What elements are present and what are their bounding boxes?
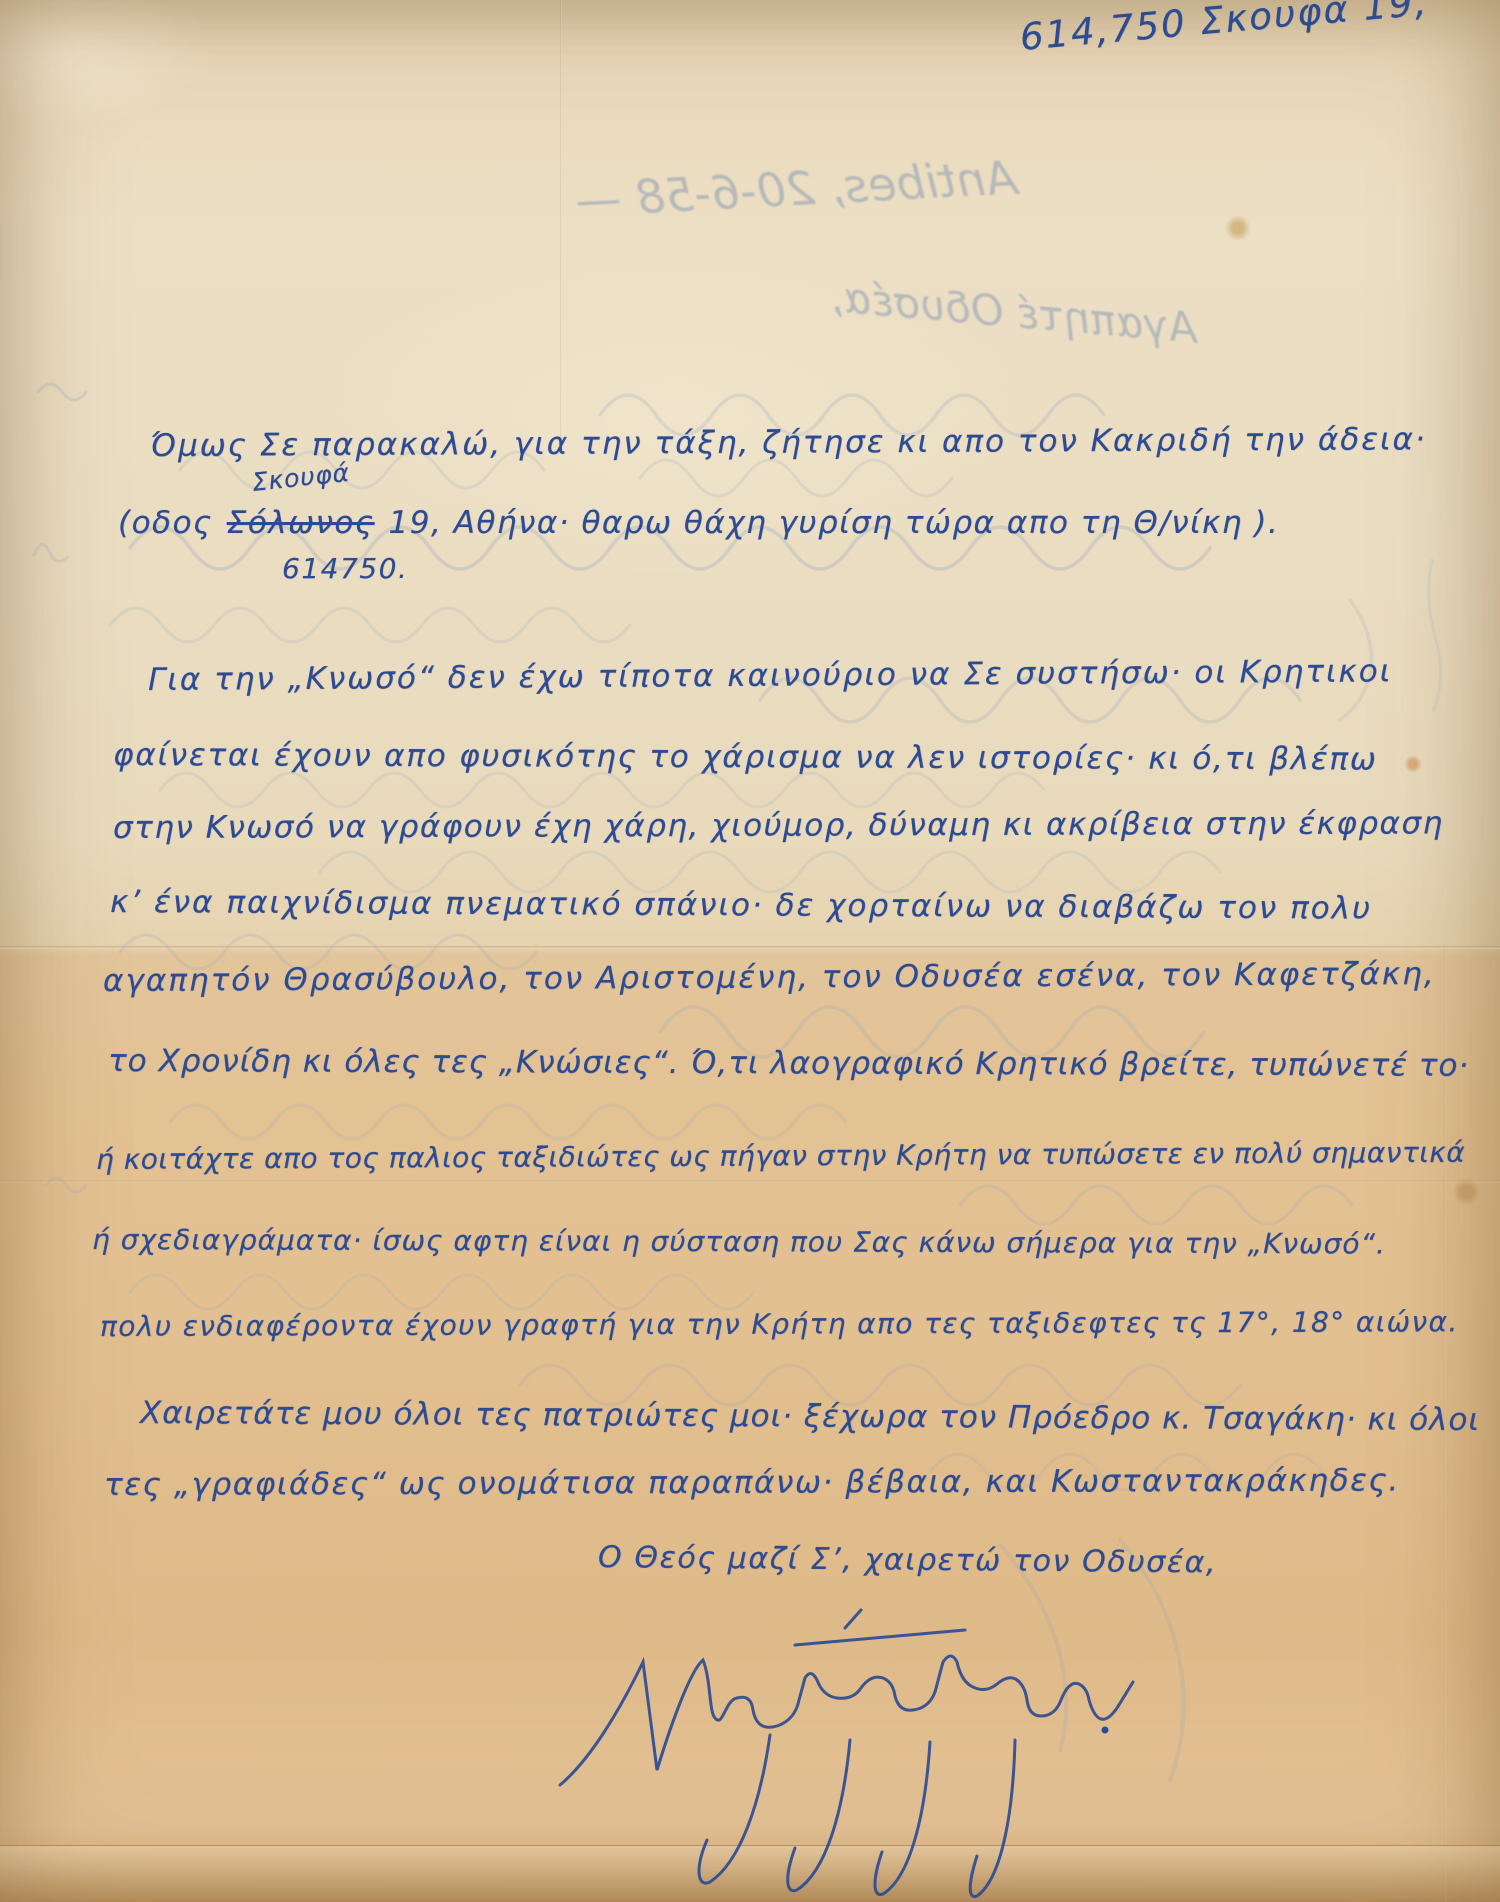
address-rest: 19, Αθήνα· θαρω θάχη γυρίση τώρα απο τη …: [389, 505, 1280, 541]
horizontal-fold-crease-2: [0, 1180, 1500, 1183]
letter-line: ή σχεδιαγράματα· ίσως αφτη είναι η σύστα…: [92, 1223, 1386, 1261]
horizontal-fold-crease: [0, 946, 1500, 949]
letter-line: στην Κνωσό να γράφουν έχη χάρη, χιούμορ,…: [113, 805, 1444, 846]
struck-street-name: Σόλωνος: [227, 505, 375, 541]
phone-number: 614750.: [282, 552, 408, 585]
letter-page: Antibes, 20-6-58 — Αγαπητέ Οδυσέα,: [0, 0, 1500, 1902]
letter-line: το Χρονίδη κι όλες τες „Κνώσιες“. Ό,τι λ…: [108, 1043, 1469, 1084]
letter-line: τες „γραφιάδες“ ως ονομάτισα παραπάνω· β…: [104, 1462, 1400, 1503]
signature-kazantzakis: [545, 1600, 1185, 1900]
showthrough-dateline: Antibes, 20-6-58 —: [574, 150, 1019, 227]
annotation-phone-address: 614,750 Σκουφά 19,: [1018, 0, 1430, 59]
interline-correction: Σκουφά: [250, 458, 351, 497]
letter-line: αγαπητόν Θρασύβουλο, τον Αριστομένη, τον…: [103, 956, 1436, 999]
letter-line: φαίνεται έχουν απο φυσικότης το χάρισμα …: [113, 737, 1378, 777]
closing-line: Ο Θεός μαζί Σ’, χαιρετώ τον Οδυσέα,: [598, 1540, 1217, 1580]
letter-line-with-correction: (οδοςΣόλωνος19, Αθήνα· θαρω θάχη γυρίση …: [118, 505, 1293, 541]
address-open: (οδος: [118, 505, 213, 541]
letter-line: Για την „Κνωσό“ δεν έχω τίποτα καινούριο…: [148, 653, 1392, 698]
letter-line: ή κοιτάχτε απο τος παλιος ταξιδιώτες ως …: [96, 1136, 1465, 1176]
letter-line: πολυ ενδιαφέροντα έχουν γραφτή για την Κ…: [100, 1305, 1459, 1343]
vertical-fold-crease: [560, 0, 562, 440]
letter-line: κ’ ένα παιχνίδισμα πνεματικό σπάνιο· δε …: [110, 884, 1372, 927]
letter-line: Χαιρετάτε μου όλοι τες πατριώτες μοι· ξέ…: [140, 1395, 1480, 1438]
showthrough-salutation: Αγαπητέ Οδυσέα,: [829, 272, 1200, 353]
